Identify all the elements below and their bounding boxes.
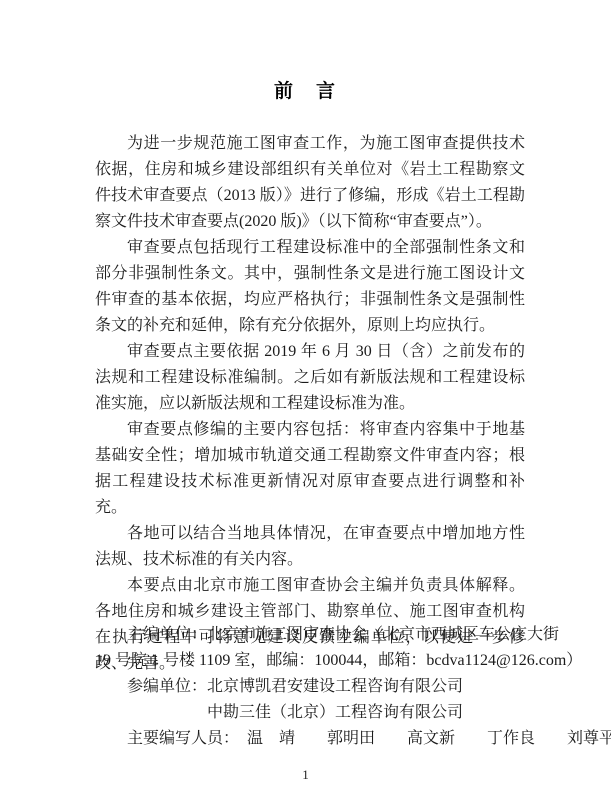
co-editor-unit-line: 参编单位：北京博凯君安建设工程咨询有限公司 — [95, 674, 525, 700]
body-paragraph: 审查要点主要依据 2019 年 6 月 30 日（含）之前发布的法规和工程建设标… — [95, 339, 525, 417]
body-paragraph: 为进一步规范施工图审查工作，为施工图审查提供技术依据，住房和城乡建设部组织有关单… — [95, 131, 525, 235]
chief-editor-address-line: 19 号院 1 号楼 1109 室，邮编：100044，邮箱：bcdva1124… — [95, 648, 525, 674]
document-page: 前 言 为进一步规范施工图审查工作，为施工图审查提供技术依据，住房和城乡建设部组… — [0, 0, 611, 798]
body-paragraph: 审查要点包括现行工程建设标准中的全部强制性条文和部分非强制性条文。其中，强制性条… — [95, 235, 525, 339]
chief-editor-unit-line: 主编单位：北京市施工图审查协会（北京市西城区车公庄大街 — [95, 622, 525, 648]
body-paragraph: 各地可以结合当地具体情况，在审查要点中增加地方性法规、技术标准的有关内容。 — [95, 521, 525, 573]
co-editor-unit-line-2: 中勘三佳（北京）工程咨询有限公司 — [95, 700, 525, 726]
body-paragraph: 审查要点修编的主要内容包括：将审查内容集中于地基基础安全性；增加城市轨道交通工程… — [95, 417, 525, 521]
page-number: 1 — [0, 766, 611, 784]
page-title: 前 言 — [0, 76, 611, 103]
credits-block: 主编单位：北京市施工图审查协会（北京市西城区车公庄大街 19 号院 1 号楼 1… — [95, 622, 525, 752]
authors-line: 主要编写人员： 温 靖 郭明田 高文新 丁作良 刘尊平 — [95, 726, 525, 752]
preface-body: 为进一步规范施工图审查工作，为施工图审查提供技术依据，住房和城乡建设部组织有关单… — [95, 131, 525, 677]
